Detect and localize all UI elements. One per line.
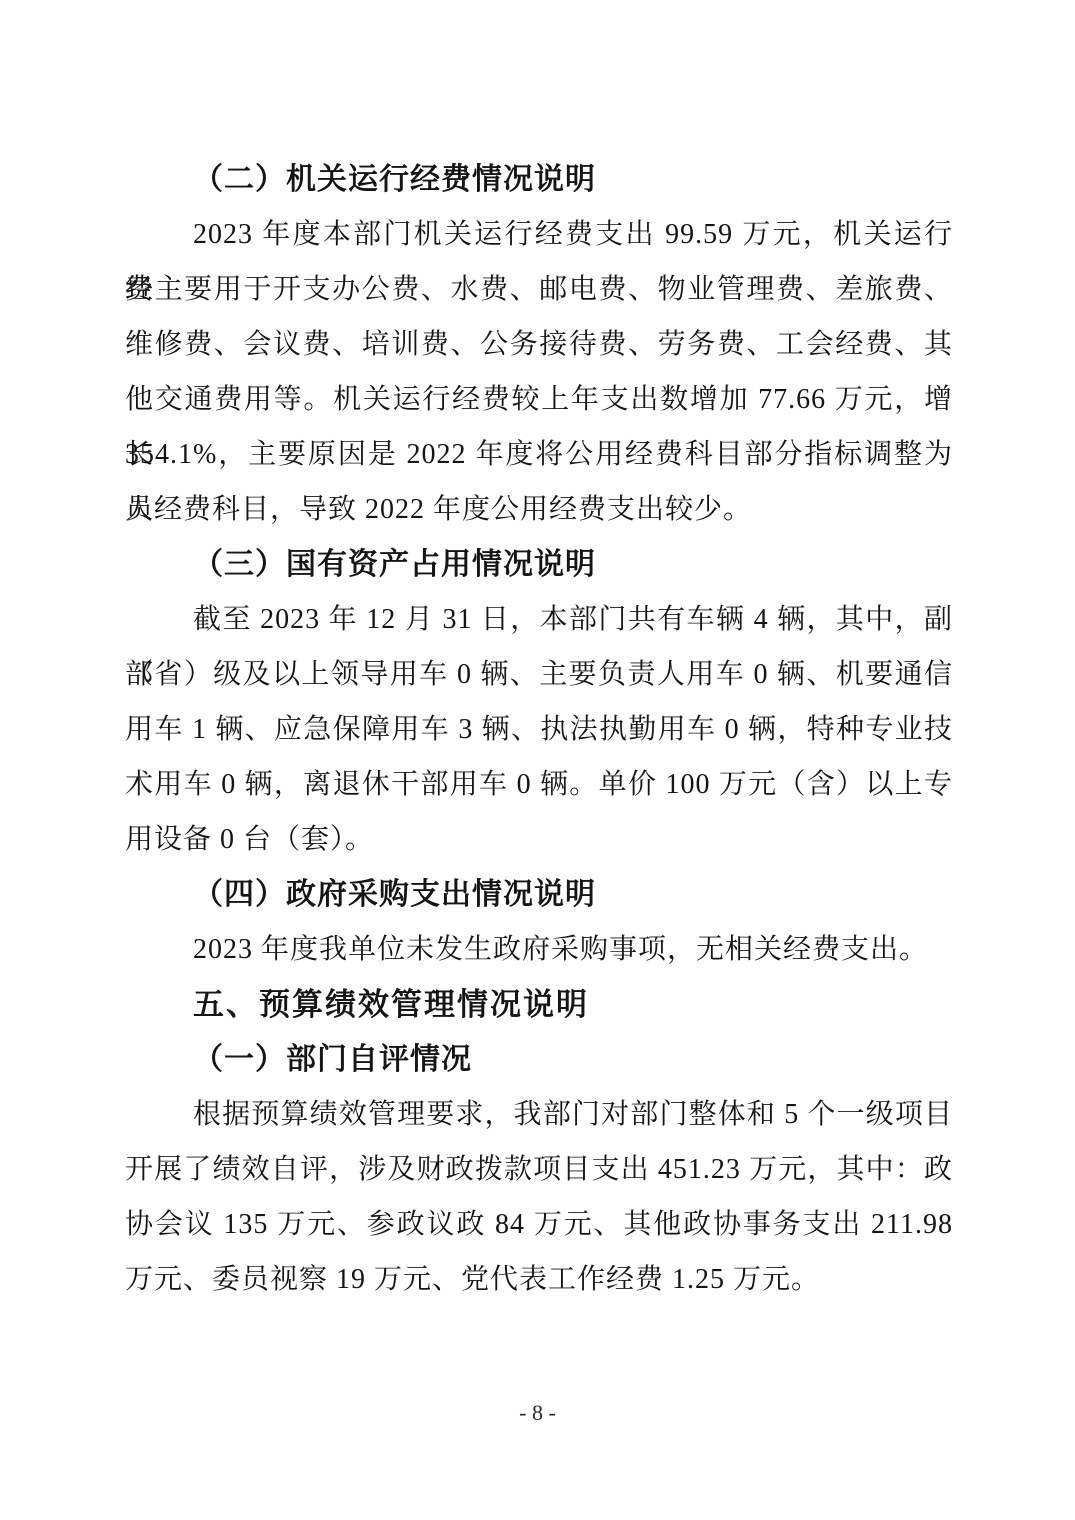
document-content: （二）机关运行经费情况说明2023 年度本部门机关运行经费支出 99.59 万元…	[125, 152, 953, 1307]
section-heading: （一）部门自评情况	[125, 1032, 953, 1087]
paragraph-line: （省）级及以上领导用车 0 辆、主要负责人用车 0 辆、机要通信	[125, 647, 953, 702]
paragraph-line: 354.1%，主要原因是 2022 年度将公用经费科目部分指标调整为人	[125, 427, 953, 482]
section-heading: （三）国有资产占用情况说明	[125, 537, 953, 592]
paragraph-line: 2023 年度我单位未发生政府采购事项，无相关经费支出。	[125, 922, 953, 977]
paragraph-line: 协会议 135 万元、参政议政 84 万元、其他政协事务支出 211.98	[125, 1197, 953, 1252]
section-heading: （二）机关运行经费情况说明	[125, 152, 953, 207]
paragraph-line: 2023 年度本部门机关运行经费支出 99.59 万元，机关运行经	[125, 207, 953, 262]
paragraph-line: 费主要用于开支办公费、水费、邮电费、物业管理费、差旅费、	[125, 262, 953, 317]
paragraph-line: 根据预算绩效管理要求，我部门对部门整体和 5 个一级项目	[125, 1087, 953, 1142]
section-heading: （四）政府采购支出情况说明	[125, 867, 953, 922]
paragraph-line: 他交通费用等。机关运行经费较上年支出数增加 77.66 万元，增长	[125, 372, 953, 427]
section-heading: 五、预算绩效管理情况说明	[125, 977, 953, 1032]
document-page: （二）机关运行经费情况说明2023 年度本部门机关运行经费支出 99.59 万元…	[0, 0, 1075, 1520]
paragraph-line: 开展了绩效自评，涉及财政拨款项目支出 451.23 万元，其中：政	[125, 1142, 953, 1197]
paragraph-line: 员经费科目，导致 2022 年度公用经费支出较少。	[125, 482, 953, 537]
paragraph-line: 万元、委员视察 19 万元、党代表工作经费 1.25 万元。	[125, 1252, 953, 1307]
paragraph-line: 术用车 0 辆，离退休干部用车 0 辆。单价 100 万元（含）以上专	[125, 757, 953, 812]
paragraph-line: 用车 1 辆、应急保障用车 3 辆、执法执勤用车 0 辆，特种专业技	[125, 702, 953, 757]
paragraph-line: 维修费、会议费、培训费、公务接待费、劳务费、工会经费、其	[125, 317, 953, 372]
paragraph-line: 截至 2023 年 12 月 31 日，本部门共有车辆 4 辆，其中，副部	[125, 592, 953, 647]
page-number: - 8 -	[0, 1396, 1075, 1430]
paragraph-line: 用设备 0 台（套）。	[125, 812, 953, 867]
